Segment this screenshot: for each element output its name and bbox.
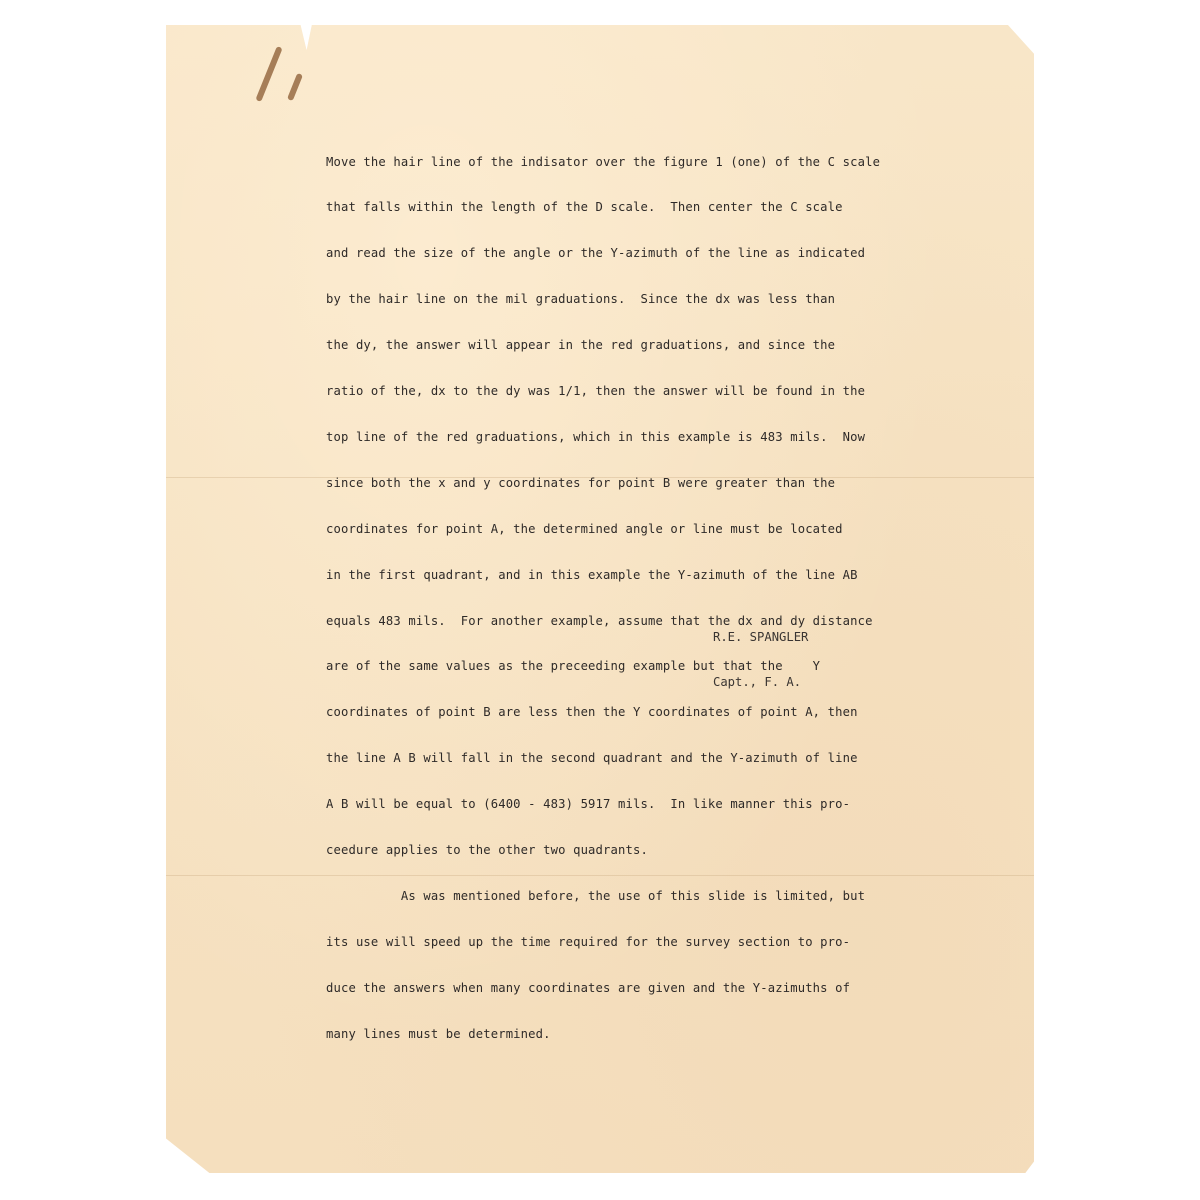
text-line: A B will be equal to (6400 - 483) 5917 m…	[326, 797, 880, 812]
text-line: and read the size of the angle or the Y-…	[326, 246, 880, 261]
rust-stain-mark	[255, 46, 282, 102]
text-line: many lines must be determined.	[326, 1027, 880, 1042]
text-line: ceedure applies to the other two quadran…	[326, 843, 880, 858]
text-line: ratio of the, dx to the dy was 1/1, then…	[326, 384, 880, 399]
text-line: the line A B will fall in the second qua…	[326, 751, 880, 766]
text-line: top line of the red graduations, which i…	[326, 430, 880, 445]
text-line: that falls within the length of the D sc…	[326, 200, 880, 215]
text-line: in the first quadrant, and in this examp…	[326, 568, 880, 583]
text-line: coordinates of point B are less then the…	[326, 705, 880, 720]
signature-block: R.E. SPANGLER Capt., F. A.	[713, 599, 808, 706]
text-line: by the hair line on the mil graduations.…	[326, 292, 880, 307]
signature-title: Capt., F. A.	[713, 675, 808, 690]
rust-stain-mark	[287, 73, 303, 101]
letter-body-text: Move the hair line of the indisator over…	[326, 124, 880, 1057]
text-line: its use will speed up the time required …	[326, 935, 880, 950]
text-line: coordinates for point A, the determined …	[326, 522, 880, 537]
text-line: since both the x and y coordinates for p…	[326, 476, 880, 491]
text-line: duce the answers when many coordinates a…	[326, 981, 880, 996]
signature-name: R.E. SPANGLER	[713, 630, 808, 645]
text-line: As was mentioned before, the use of this…	[326, 889, 880, 904]
text-line: the dy, the answer will appear in the re…	[326, 338, 880, 353]
text-line: Move the hair line of the indisator over…	[326, 155, 880, 170]
